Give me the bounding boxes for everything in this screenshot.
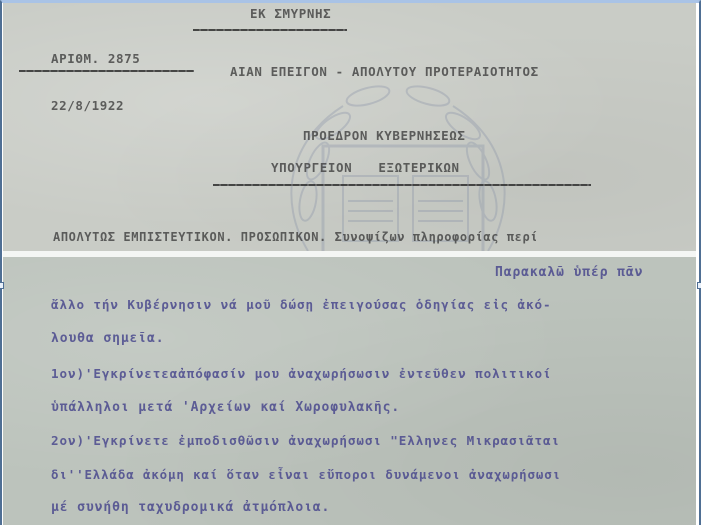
- body-line-4: 1ον)'Εγκρίνετεαἀπόφασίν μου ἀναχωρήσωσιν…: [51, 366, 551, 381]
- origin-header: ΕΚ ΣΜΥΡΝΗΣ: [250, 6, 331, 21]
- origin-underline: [193, 29, 347, 31]
- document-upper-fragment: ΕΚ ΣΜΥΡΝΗΣ ΑΡΙΘΜ. 2875 ΑΙΑΝ ΕΠΕΙΓΟΝ - ΑΠ…: [3, 3, 696, 251]
- body-line-3: λουθα σημεῖα.: [51, 331, 164, 346]
- recipient-line-1: ΠΡΟΕΔΡΟΝ ΚΥΒΕΡΝΗΣΕΩΣ: [303, 128, 466, 143]
- recipient-line-2: ΥΠΟΥΡΓΕΙΟΝ ΕΞΩΤΕΡΙΚΩΝ: [271, 160, 460, 175]
- resize-handle-left[interactable]: [0, 282, 4, 289]
- priority-classification: ΑΙΑΝ ΕΠΕΙΓΟΝ - ΑΠΟΛΥΤΟΥ ΠΡΟΤΕΡΑΙΟΤΗΤΟΣ: [230, 64, 539, 79]
- subject-line: ΑΠΟΛΥΤΩΣ ΕΜΠΙΣΤΕΥΤΙΚΟΝ. ΠΡΟΣΩΠΙΚΟΝ. Συνο…: [53, 230, 538, 244]
- document-date: 22/8/1922: [51, 98, 124, 113]
- reference-underline: [19, 70, 194, 72]
- body-line-5: ὑπάλληλοι μετά 'Αρχείων καί Χωροφυλακῆς.: [51, 400, 400, 415]
- resize-handle-right[interactable]: [697, 282, 701, 289]
- recipient-underline: [213, 184, 591, 186]
- document-lower-fragment: Παρακαλῶ ὑπέρ πᾶν ἄλλο τήν Κυβέρνησιν νά…: [3, 257, 696, 525]
- body-line-7: δι''Ελλάδα ἀκόμη καί ὅταν εἶναι εὔποροι …: [51, 467, 561, 482]
- body-line-2: ἄλλο τήν Κυβέρνησιν νά μοῦ δώσῃ ἐπειγούσ…: [51, 297, 551, 312]
- body-line-1: Παρακαλῶ ὑπέρ πᾶν: [495, 265, 643, 280]
- body-line-6: 2ον)'Εγκρίνετε ἐμποδισθῶσιν ἀναχωρήσωσι …: [51, 433, 560, 448]
- body-line-8: μέ συνήθη ταχυδρομικά ἀτμόπλοια.: [51, 500, 330, 515]
- reference-number: ΑΡΙΘΜ. 2875: [51, 51, 140, 66]
